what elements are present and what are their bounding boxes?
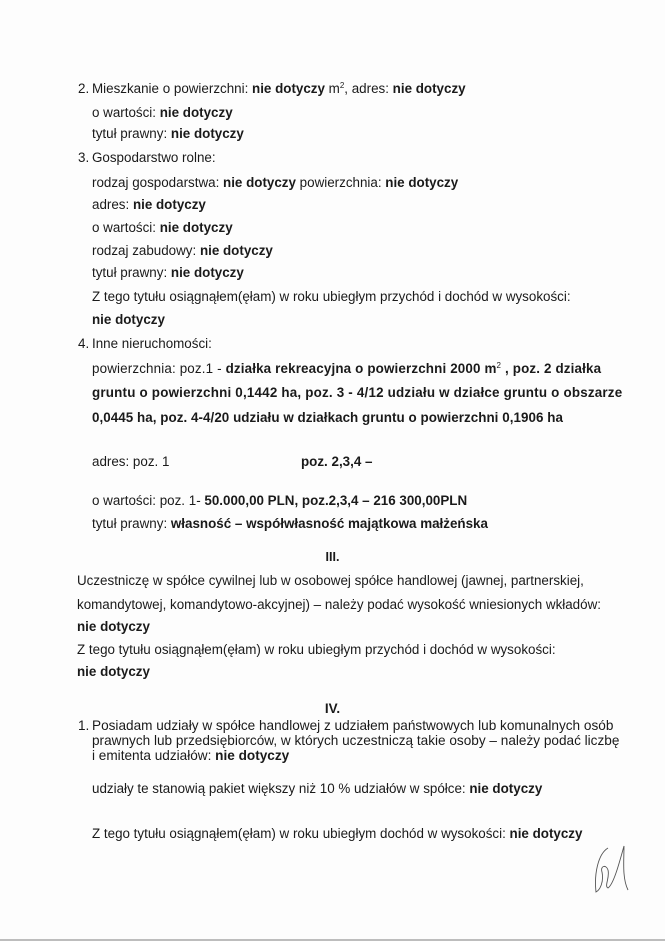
value: nie dotyczy [252,81,325,96]
item-title: Inne nieruchomości: [92,336,212,351]
section-iii-line-2: komandytowej, komandytowo-akcyjnej) – na… [77,597,601,612]
label: i emitenta udziałów: [92,748,215,763]
item4-line-address-pos234: poz. 2,3,4 – [301,454,372,469]
section-iv-heading: IV. [0,701,665,716]
value: nie dotyczy [200,243,273,258]
item-number: 2. [78,81,92,96]
value: poz. 2,3,4 – [301,454,372,469]
value: nie dotyczy [510,826,583,841]
item3-line-income: Z tego tytułu osiągnąłem(ęłam) w roku ub… [92,289,571,304]
value: 50.000,00 PLN, poz.2,3,4 – 216 300,00PLN [204,493,467,508]
section-iv-item1-line-3: i emitenta udziałów: nie dotyczy [92,748,289,763]
label: Z tego tytułu osiągnąłem(ęłam) w roku ub… [92,289,571,304]
value: nie dotyczy [215,748,289,763]
item4-heading: 4.Inne nieruchomości: [78,336,212,351]
value: , poz. 2 działka [501,361,601,376]
value: nie dotyczy [171,126,244,141]
section-iii-line-1: Uczestniczę w spółce cywilnej lub w osob… [77,573,584,588]
label: tytuł prawny: [92,516,171,531]
value: 0,0445 ha, poz. 4-4/20 udziału w działka… [92,410,563,425]
label: tytuł prawny: [92,126,171,141]
value: własność – współwłasność majątkowa małże… [171,516,488,531]
value: nie dotyczy [77,664,150,679]
item-number: 3. [78,150,92,165]
value: nie dotyczy [160,220,233,235]
item4-line-title: tytuł prawny: własność – współwłasność m… [92,516,488,531]
item-number: 4. [78,336,92,351]
section-iii-income-label: Z tego tytułu osiągnąłem(ęłam) w roku ub… [77,642,556,657]
item3-line-buildings: rodzaj zabudowy: nie dotyczy [92,243,273,258]
label: tytuł prawny: [92,265,171,280]
label: rodzaj zabudowy: [92,243,200,258]
value: nie dotyczy [469,781,542,796]
value: nie dotyczy [77,619,150,634]
section-iii-answer-1: nie dotyczy [77,619,150,634]
signature-icon [590,840,650,900]
value: nie dotyczy [160,105,233,120]
value: nie dotyczy [223,175,296,190]
section-iv-package: udziały te stanowią pakiet większy niż 1… [92,781,542,796]
item3-line-income-value: nie dotyczy [92,312,165,327]
item3-heading: 3.Gospodarstwo rolne: [78,150,216,165]
text: Posiadam udziały w spółce handlowej z ud… [92,718,613,733]
section-iv-item1-line-2: prawnych lub przedsiębiorców, w których … [92,733,619,748]
label: udziały te stanowią pakiet większy niż 1… [92,781,469,796]
label: rodzaj gospodarstwa: [92,175,223,190]
value: nie dotyczy [133,197,206,212]
item3-line-address: adres: nie dotyczy [92,197,206,212]
item4-line-address: adres: poz. 1 [92,454,169,469]
item4-line-value: o wartości: poz. 1- 50.000,00 PLN, poz.2… [92,493,467,508]
item4-line-area-2: gruntu o powierzchni 0,1442 ha, poz. 3 -… [92,385,622,400]
label: o wartości: [92,220,160,235]
item-title: Gospodarstwo rolne: [92,150,216,165]
section-iv-income: Z tego tytułu osiągnąłem(ęłam) w roku ub… [92,826,582,841]
value: nie dotyczy [393,81,466,96]
item4-line-area-1: powierzchnia: poz.1 - działka rekreacyjn… [92,361,601,376]
item-number: 1. [78,718,92,733]
section-iii-heading: III. [0,550,665,564]
section-iii-answer-2: nie dotyczy [77,664,150,679]
item3-line-title: tytuł prawny: nie dotyczy [92,265,244,280]
label: o wartości: poz. 1- [92,493,204,508]
item3-line-value: o wartości: nie dotyczy [92,220,233,235]
value: nie dotyczy [385,175,458,190]
label: powierzchnia: poz.1 - [92,361,226,376]
label: adres: [92,197,133,212]
item2-line-value: o wartości: nie dotyczy [92,105,233,120]
section-iv-item1-line-1: 1.Posiadam udziały w spółce handlowej z … [78,718,613,733]
label: Mieszkanie o powierzchni: [92,81,252,96]
item2-line-area: 2.Mieszkanie o powierzchni: nie dotyczy … [78,81,466,96]
value: nie dotyczy [171,265,244,280]
label: , adres: [344,81,392,96]
label: adres: poz. 1 [92,454,169,469]
value: działka rekreacyjna o powierzchni 2000 m [226,361,497,376]
item4-line-area-3: 0,0445 ha, poz. 4-4/20 udziału w działka… [92,410,563,425]
label: o wartości: [92,105,160,120]
label: powierzchnia: [296,175,385,190]
unit: m [325,81,340,96]
value: nie dotyczy [92,312,165,327]
value: gruntu o powierzchni 0,1442 ha, poz. 3 -… [92,385,622,400]
item3-line-type: rodzaj gospodarstwa: nie dotyczy powierz… [92,175,458,190]
item2-line-title: tytuł prawny: nie dotyczy [92,126,244,141]
label: Z tego tytułu osiągnąłem(ęłam) w roku ub… [92,826,510,841]
